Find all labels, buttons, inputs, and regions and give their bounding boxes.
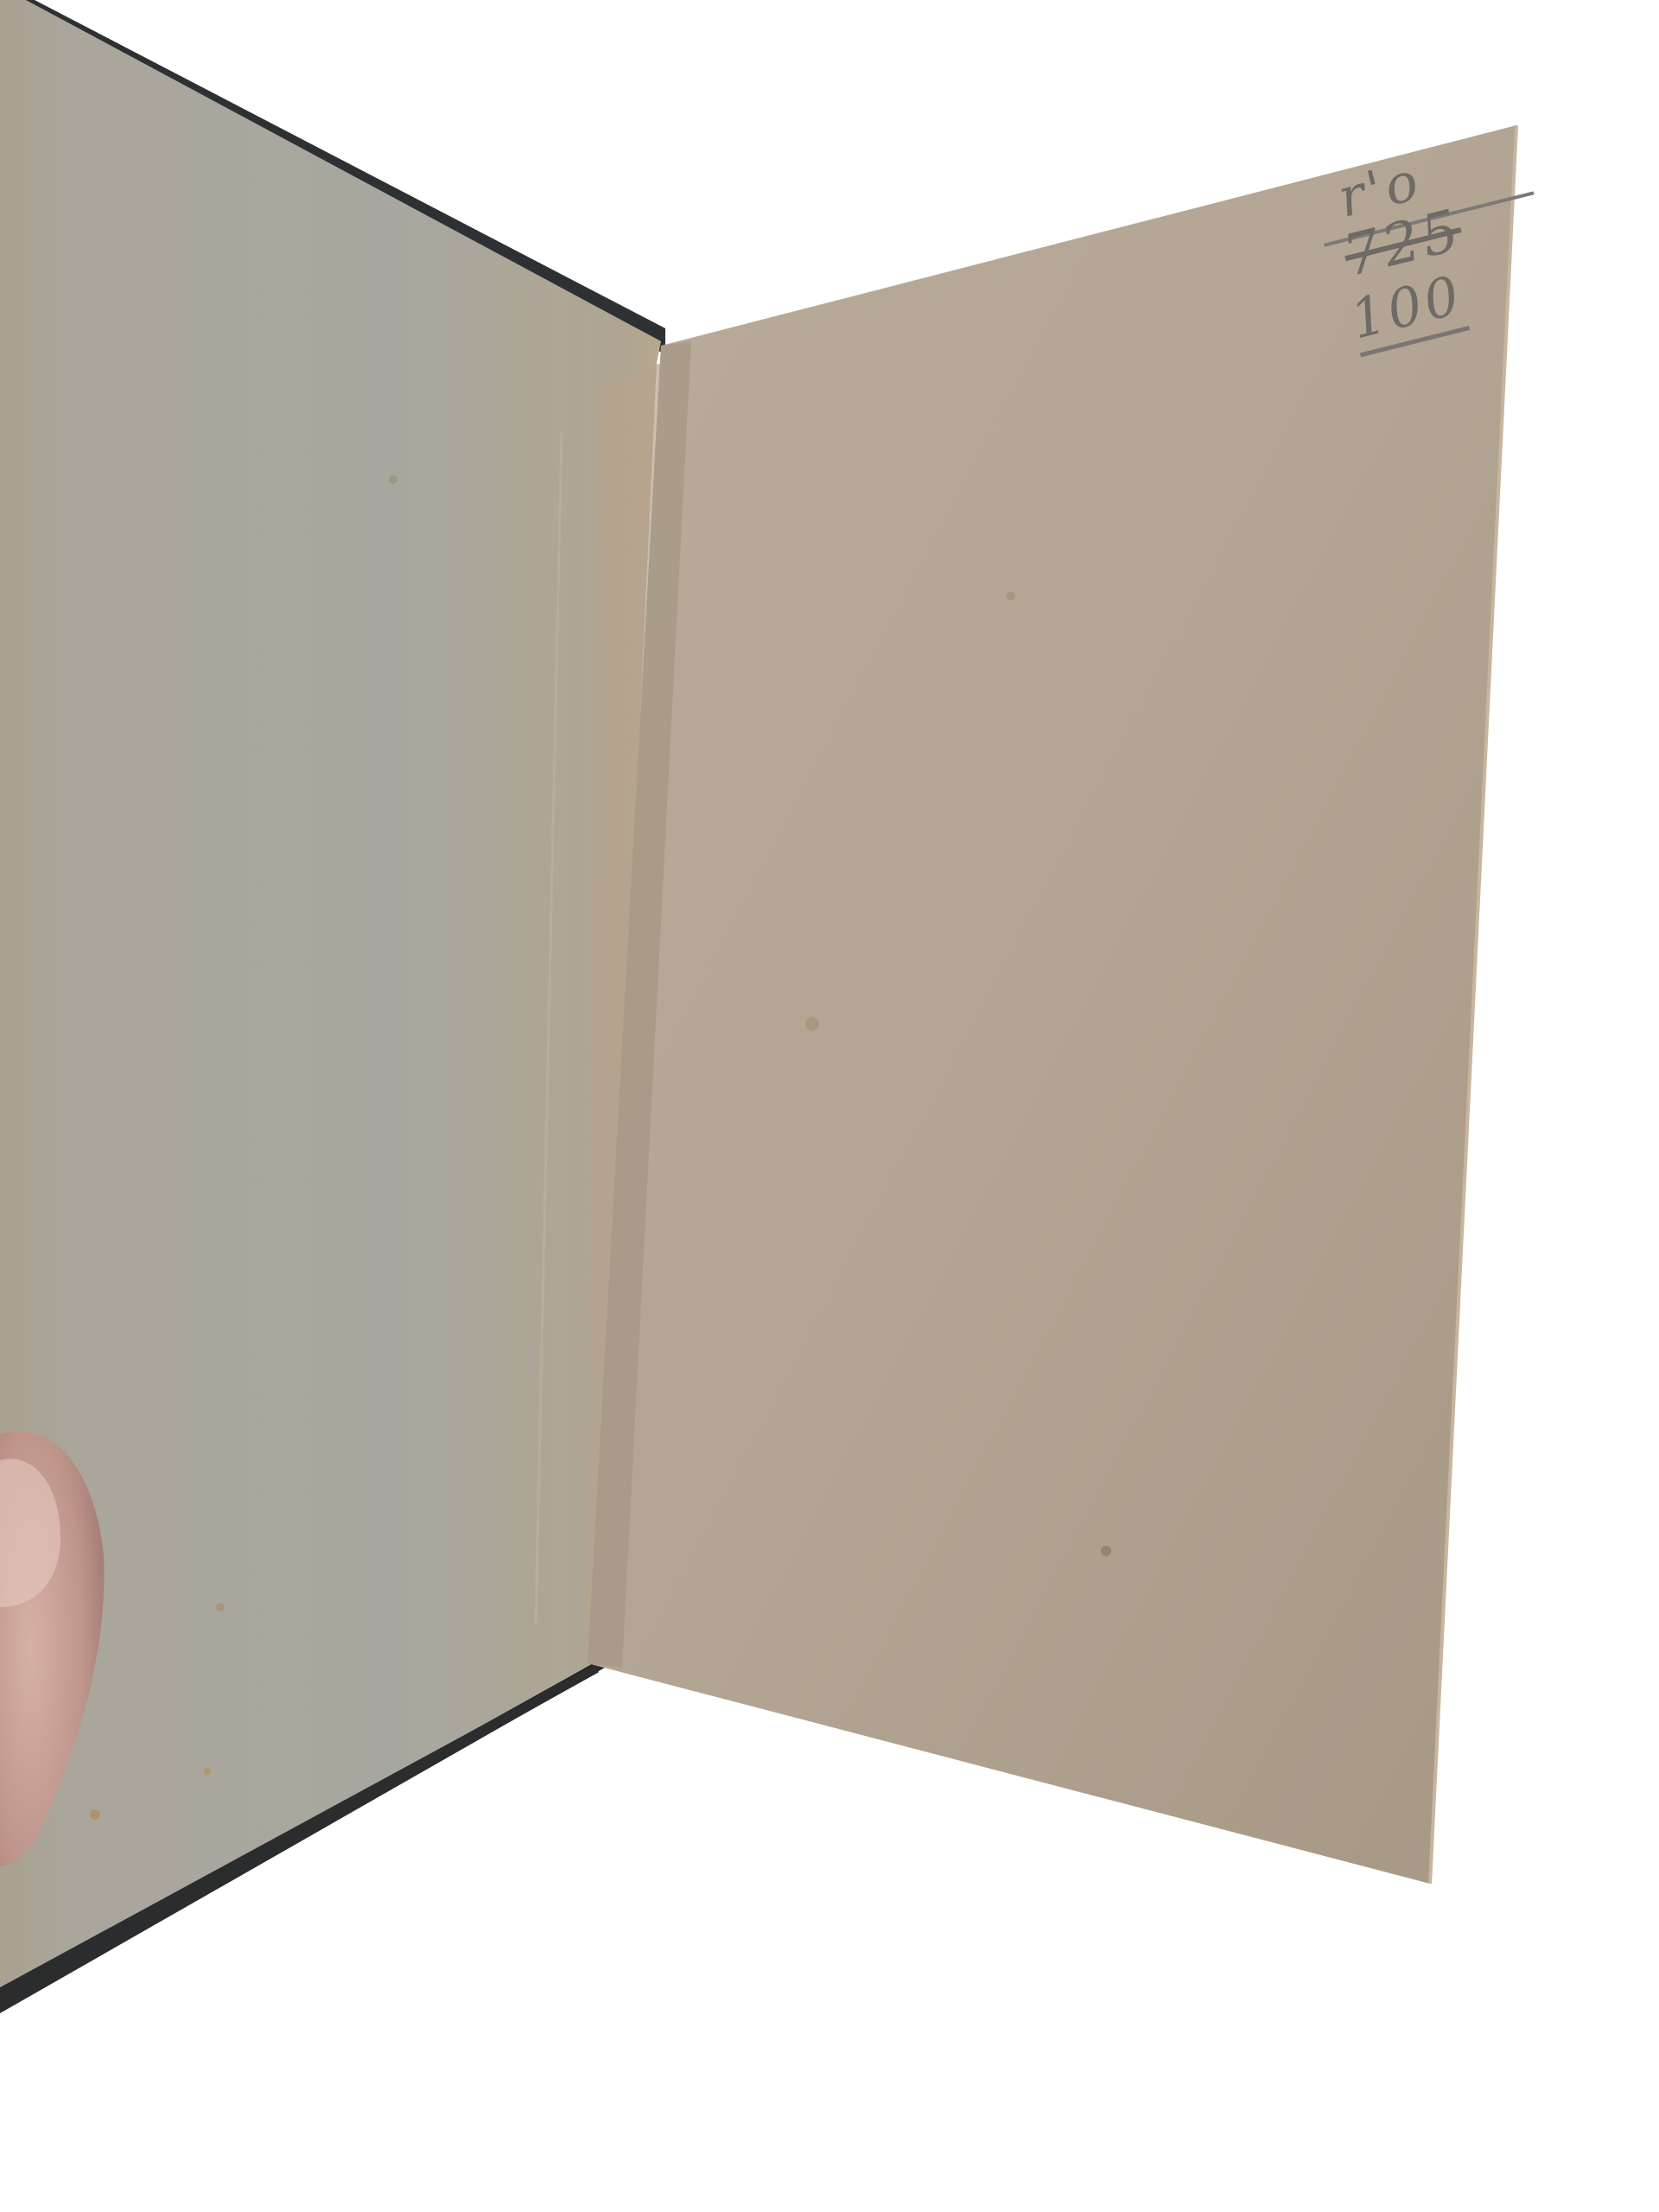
right-page — [588, 125, 1516, 1884]
photo-scene: r'o 725 100 — [0, 0, 1659, 2212]
